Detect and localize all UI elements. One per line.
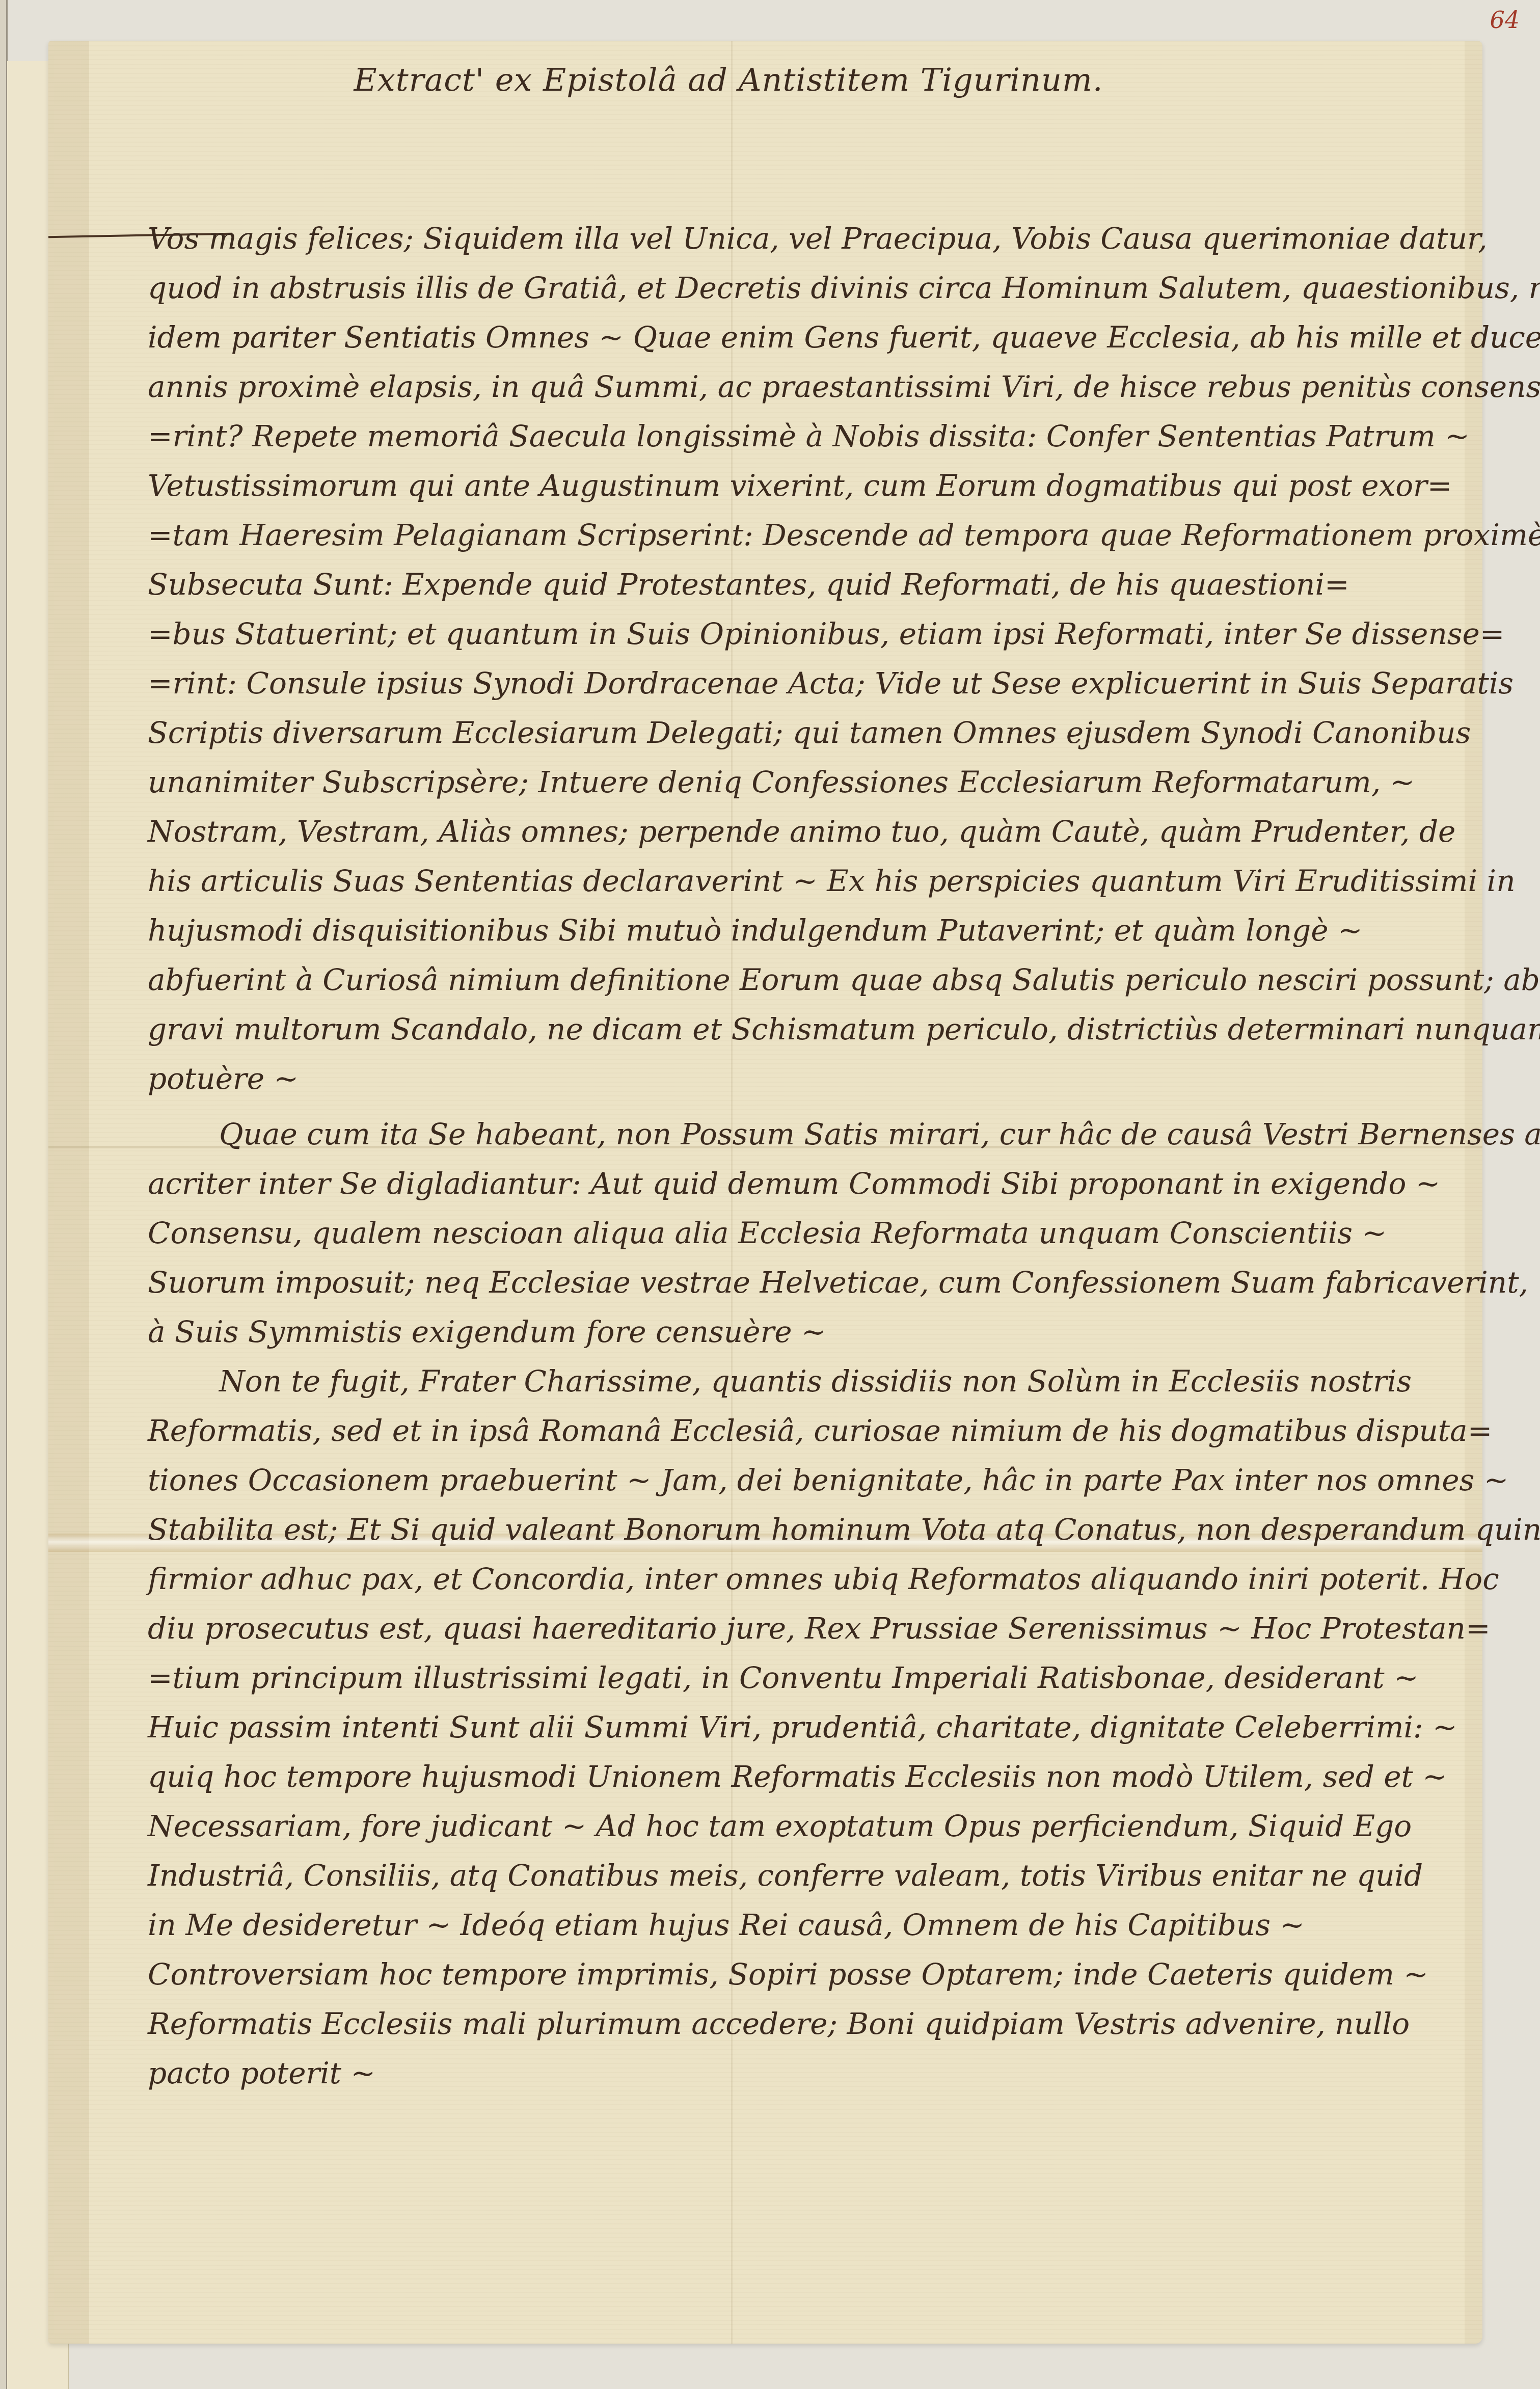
text-line: gravi multorum Scandalo, ne dicam et Sch…: [148, 1005, 1335, 1054]
text-line: Nostram, Vestram, Aliàs omnes; perpende …: [148, 807, 1335, 856]
text-line: =tium principum illustrissimi legati, in…: [148, 1653, 1335, 1703]
text-line: Subsecuta Sunt: Expende quid Protestante…: [148, 560, 1335, 609]
text-line: Suorum imposuit; neq Ecclesiae vestrae H…: [148, 1258, 1335, 1307]
text-line: Reformatis, sed et in ipsâ Romanâ Eccles…: [148, 1406, 1335, 1456]
text-line: Controversiam hoc tempore imprimis, Sopi…: [148, 1950, 1335, 1999]
document-title: Extract' ex Epistolâ ad Antistitem Tigur…: [346, 61, 1111, 98]
text-line: idem pariter Sentiatis Omnes ~ Quae enim…: [148, 313, 1335, 362]
text-line: Vetustissimorum qui ante Augustinum vixe…: [148, 461, 1335, 511]
text-line: in Me desideretur ~ Ideóq etiam hujus Re…: [148, 1900, 1335, 1950]
text-line: Non te fugit, Frater Charissime, quantis…: [148, 1357, 1335, 1406]
paragraph-3: Non te fugit, Frater Charissime, quantis…: [148, 1357, 1335, 2098]
text-line: Quae cum ita Se habeant, non Possum Sati…: [148, 1110, 1335, 1159]
text-line: à Suis Symmistis exigendum fore censuère…: [148, 1307, 1335, 1357]
letter-body: Vos magis felices; Siquidem illa vel Uni…: [148, 214, 1335, 2098]
text-line: his articulis Suas Sententias declaraver…: [148, 856, 1335, 906]
text-line: annis proximè elapsis, in quâ Summi, ac …: [148, 362, 1335, 412]
text-line: Consensu, qualem nescioan aliqua alia Ec…: [148, 1209, 1335, 1258]
text-line: Huic passim intenti Sunt alii Summi Viri…: [148, 1703, 1335, 1752]
paragraph-2: Quae cum ita Se habeant, non Possum Sati…: [148, 1110, 1335, 1357]
text-line: Vos magis felices; Siquidem illa vel Uni…: [148, 214, 1335, 263]
folio-number: 64: [1490, 6, 1520, 34]
paragraph-1: Vos magis felices; Siquidem illa vel Uni…: [148, 214, 1335, 1104]
text-line: =tam Haeresim Pelagianam Scripserint: De…: [148, 511, 1335, 560]
text-line: firmior adhuc pax, et Concordia, inter o…: [148, 1554, 1335, 1604]
text-line: hujusmodi disquisitionibus Sibi mutuò in…: [148, 906, 1335, 955]
text-line: Stabilita est; Et Si quid valeant Bonoru…: [148, 1505, 1335, 1554]
text-line: Scriptis diversarum Ecclesiarum Delegati…: [148, 708, 1335, 758]
text-line: =rint? Repete memoriâ Saecula longissimè…: [148, 412, 1335, 461]
text-line: =bus Statuerint; et quantum in Suis Opin…: [148, 609, 1335, 659]
text-line: potuère ~: [148, 1054, 1335, 1104]
text-line: abfuerint à Curiosâ nimium definitione E…: [148, 955, 1335, 1005]
text-line: Reformatis Ecclesiis mali plurimum acced…: [148, 1999, 1335, 2049]
text-line: pacto poterit ~: [148, 2049, 1335, 2098]
text-line: Industriâ, Consiliis, atq Conatibus meis…: [148, 1851, 1335, 1900]
text-line: quod in abstrusis illis de Gratiâ, et De…: [148, 263, 1335, 313]
text-line: =rint: Consule ipsius Synodi Dordracenae…: [148, 659, 1335, 708]
text-line: tiones Occasionem praebuerint ~ Jam, dei…: [148, 1456, 1335, 1505]
text-line: diu prosecutus est, quasi haereditario j…: [148, 1604, 1335, 1653]
binding-strip: [0, 0, 8, 2389]
text-line: Necessariam, fore judicant ~ Ad hoc tam …: [148, 1802, 1335, 1851]
text-line: quiq hoc tempore hujusmodi Unionem Refor…: [148, 1752, 1335, 1802]
text-line: unanimiter Subscripsère; Intuere deniq C…: [148, 758, 1335, 807]
text-line: acriter inter Se digladiantur: Aut quid …: [148, 1159, 1335, 1209]
